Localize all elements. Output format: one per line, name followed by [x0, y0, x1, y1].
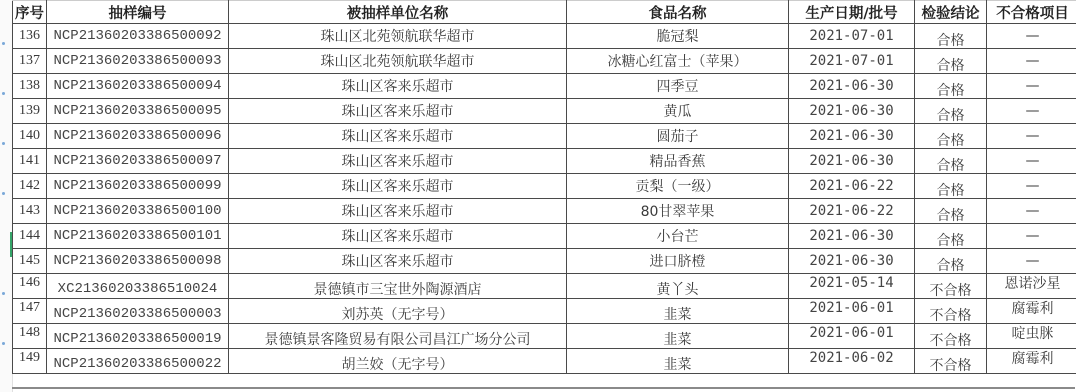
row-seq[interactable]: 136 [13, 24, 47, 49]
row-unit-text: 珠山区客来乐超市 [342, 154, 454, 170]
row-result-text: 合格 [937, 83, 965, 99]
row-code[interactable]: NCP21360203386500099 [47, 174, 229, 199]
row-result[interactable]: 合格 [915, 49, 987, 74]
row-result[interactable]: 合格 [915, 224, 987, 249]
row-result-text: 合格 [937, 108, 965, 124]
row-failed-item-text: 啶虫脒 [1012, 326, 1054, 342]
header-food: 食品名称 [567, 1, 789, 24]
gutter-marker [2, 92, 5, 95]
row-seq[interactable]: 143 [13, 199, 47, 224]
row-unit[interactable]: 珠山区北苑领航联华超市 [229, 24, 567, 49]
row-unit[interactable]: 珠山区客来乐超市 [229, 124, 567, 149]
row-seq[interactable]: 142 [13, 174, 47, 199]
row-seq[interactable]: 146 [13, 274, 47, 299]
row-unit[interactable]: 珠山区客来乐超市 [229, 174, 567, 199]
row-code-text: NCP21360203386500097 [53, 153, 221, 169]
row-food[interactable]: 韭菜 [567, 299, 789, 324]
header-unit: 被抽样单位名称 [229, 1, 567, 24]
row-seq-text: 149 [19, 350, 40, 365]
row-result-text: 合格 [937, 208, 965, 224]
header-row: 序号 抽样编号 被抽样单位名称 食品名称 生产日期/批号 检验结论 不合格项目 [13, 1, 1079, 24]
row-failed-item-text: — [1026, 28, 1040, 44]
row-date-text: 2021-06-01 [809, 325, 893, 341]
row-seq[interactable]: 140 [13, 124, 47, 149]
table-row: 149NCP21360203386500022胡兰姣（无字号）韭菜2021-06… [13, 349, 1079, 374]
row-date[interactable]: 2021-06-01 [789, 324, 915, 349]
row-date[interactable]: 2021-06-01 [789, 299, 915, 324]
row-failed-item-text: — [1026, 128, 1040, 144]
row-result[interactable]: 合格 [915, 24, 987, 49]
row-failed-item[interactable]: — [987, 199, 1079, 224]
row-unit-text: 珠山区客来乐超市 [342, 179, 454, 195]
gutter-marker [2, 342, 5, 345]
row-result[interactable]: 合格 [915, 99, 987, 124]
row-result[interactable]: 合格 [915, 74, 987, 99]
row-seq-text: 136 [19, 28, 40, 43]
right-margin [1076, 0, 1080, 392]
row-date[interactable]: 2021-07-01 [789, 24, 915, 49]
row-date[interactable]: 2021-06-30 [789, 149, 915, 174]
row-result-text: 合格 [937, 158, 965, 174]
row-code-text: NCP21360203386500092 [53, 28, 221, 44]
row-seq[interactable]: 139 [13, 99, 47, 124]
table-row: 139NCP21360203386500095珠山区客来乐超市黄瓜2021-06… [13, 99, 1079, 124]
row-seq-text: 140 [19, 128, 40, 143]
row-seq-text: 146 [19, 275, 40, 290]
table-row: 142NCP21360203386500099珠山区客来乐超市贡梨（一级）202… [13, 174, 1079, 199]
row-failed-item[interactable]: — [987, 224, 1079, 249]
row-code-text: NCP21360203386500093 [53, 53, 221, 69]
row-date-text: 2021-05-14 [809, 275, 893, 291]
row-code[interactable]: NCP21360203386500092 [47, 24, 229, 49]
row-date-text: 2021-06-30 [809, 253, 893, 269]
row-date[interactable]: 2021-06-30 [789, 74, 915, 99]
row-food[interactable]: 四季豆 [567, 74, 789, 99]
row-result[interactable]: 不合格 [915, 324, 987, 349]
row-seq[interactable]: 148 [13, 324, 47, 349]
table-row: 147NCP21360203386500003刘苏英（无字号）韭菜2021-06… [13, 299, 1079, 324]
header-date: 生产日期/批号 [789, 1, 915, 24]
row-food-text: 80甘翠苹果 [641, 204, 715, 220]
row-food-text: 韭菜 [664, 307, 692, 323]
row-food-text: 四季豆 [657, 79, 699, 95]
row-result-text: 不合格 [930, 308, 972, 324]
row-code[interactable]: NCP21360203386500022 [47, 349, 229, 374]
row-unit[interactable]: 珠山区客来乐超市 [229, 199, 567, 224]
row-unit-text: 珠山区客来乐超市 [342, 104, 454, 120]
row-unit-text: 珠山区客来乐超市 [342, 229, 454, 245]
table-row: 146XC21360203386510024景德镇市三宝世外陶源酒店黄丫头202… [13, 274, 1079, 299]
table-row: 143NCP21360203386500100珠山区客来乐超市80甘翠苹果202… [13, 199, 1079, 224]
row-failed-item-text: 腐霉利 [1012, 351, 1054, 367]
row-seq[interactable]: 141 [13, 149, 47, 174]
row-unit[interactable]: 珠山区客来乐超市 [229, 249, 567, 274]
row-unit[interactable]: 刘苏英（无字号） [229, 299, 567, 324]
row-food-text: 黄瓜 [664, 104, 692, 120]
row-food[interactable]: 冰糖心红富士（苹果） [567, 49, 789, 74]
row-seq-text: 137 [19, 53, 40, 68]
row-food[interactable]: 韭菜 [567, 324, 789, 349]
row-failed-item[interactable]: — [987, 24, 1079, 49]
row-unit[interactable]: 胡兰姣（无字号） [229, 349, 567, 374]
row-food[interactable]: 黄瓜 [567, 99, 789, 124]
header-code: 抽样编号 [47, 1, 229, 24]
gutter-marker [2, 142, 5, 145]
row-result-text: 合格 [937, 183, 965, 199]
row-unit-text: 景德镇景客隆贸易有限公司昌江广场分公司 [265, 332, 531, 348]
row-failed-item[interactable]: — [987, 174, 1079, 199]
row-food-text: 冰糖心红富士（苹果） [608, 54, 748, 70]
table-bottom-border [12, 387, 1075, 389]
row-food[interactable]: 小台芒 [567, 224, 789, 249]
row-date-text: 2021-06-30 [809, 78, 893, 94]
row-unit[interactable]: 景德镇景客隆贸易有限公司昌江广场分公司 [229, 324, 567, 349]
row-code[interactable]: NCP21360203386500098 [47, 249, 229, 274]
row-seq-text: 142 [19, 178, 40, 193]
header-failed-item: 不合格项目 [987, 1, 1079, 24]
row-code-text: NCP21360203386500095 [53, 103, 221, 119]
row-code[interactable]: NCP21360203386500095 [47, 99, 229, 124]
row-food[interactable]: 进口脐橙 [567, 249, 789, 274]
header-result: 检验结论 [915, 1, 987, 24]
row-food-text: 小台芒 [657, 229, 699, 245]
row-date[interactable]: 2021-06-02 [789, 349, 915, 374]
row-date[interactable]: 2021-06-30 [789, 99, 915, 124]
row-result-text: 合格 [937, 233, 965, 249]
row-date-text: 2021-06-22 [809, 203, 893, 219]
row-result[interactable]: 合格 [915, 174, 987, 199]
row-food-text: 韭菜 [664, 332, 692, 348]
table-row: 136NCP21360203386500092珠山区北苑领航联华超市脆冠梨202… [13, 24, 1079, 49]
row-food-text: 贡梨（一级） [636, 179, 720, 195]
row-result[interactable]: 不合格 [915, 349, 987, 374]
row-code-text: NCP21360203386500096 [53, 128, 221, 144]
row-date[interactable]: 2021-07-01 [789, 49, 915, 74]
row-result-text: 不合格 [930, 283, 972, 299]
table-row: 137NCP21360203386500093珠山区北苑领航联华超市冰糖心红富士… [13, 49, 1079, 74]
row-result[interactable]: 不合格 [915, 274, 987, 299]
row-result-text: 不合格 [930, 333, 972, 349]
row-date[interactable]: 2021-06-22 [789, 199, 915, 224]
row-result[interactable]: 不合格 [915, 299, 987, 324]
row-failed-item[interactable]: 腐霉利 [987, 299, 1079, 324]
row-date-text: 2021-06-01 [809, 300, 893, 316]
row-date-text: 2021-07-01 [809, 53, 893, 69]
gutter-marker [2, 42, 5, 45]
row-result[interactable]: 合格 [915, 149, 987, 174]
row-food[interactable]: 韭菜 [567, 349, 789, 374]
row-food-text: 精品香蕉 [650, 154, 706, 170]
row-failed-item[interactable]: — [987, 124, 1079, 149]
row-code-text: NCP21360203386500098 [53, 253, 221, 269]
row-unit-text: 珠山区北苑领航联华超市 [321, 54, 475, 70]
row-unit-text: 珠山区客来乐超市 [342, 204, 454, 220]
row-seq[interactable]: 144 [13, 224, 47, 249]
row-unit[interactable]: 珠山区北苑领航联华超市 [229, 49, 567, 74]
row-result-text: 合格 [937, 58, 965, 74]
row-unit-text: 珠山区客来乐超市 [342, 79, 454, 95]
header-seq: 序号 [13, 1, 47, 24]
row-seq[interactable]: 138 [13, 74, 47, 99]
row-food-text: 黄丫头 [657, 282, 699, 298]
row-result-text: 合格 [937, 133, 965, 149]
row-seq[interactable]: 145 [13, 249, 47, 274]
table-row: 138NCP21360203386500094珠山区客来乐超市四季豆2021-0… [13, 74, 1079, 99]
row-failed-item-text: — [1026, 103, 1040, 119]
row-failed-item[interactable]: — [987, 99, 1079, 124]
row-date-text: 2021-06-30 [809, 228, 893, 244]
row-code[interactable]: NCP21360203386500100 [47, 199, 229, 224]
row-failed-item[interactable]: — [987, 149, 1079, 174]
row-failed-item[interactable]: 啶虫脒 [987, 324, 1079, 349]
row-failed-item-text: 腐霉利 [1012, 301, 1054, 317]
row-seq-text: 145 [19, 253, 40, 268]
row-unit[interactable]: 珠山区客来乐超市 [229, 224, 567, 249]
table-row: 145NCP21360203386500098珠山区客来乐超市进口脐橙2021-… [13, 249, 1079, 274]
row-failed-item[interactable]: 恩诺沙星 [987, 274, 1079, 299]
row-code[interactable]: NCP21360203386500093 [47, 49, 229, 74]
row-food[interactable]: 80甘翠苹果 [567, 199, 789, 224]
row-failed-item-text: — [1026, 228, 1040, 244]
row-date-text: 2021-06-30 [809, 103, 893, 119]
row-code-text: NCP21360203386500101 [53, 228, 221, 244]
row-date-text: 2021-06-30 [809, 153, 893, 169]
table-row: 141NCP21360203386500097珠山区客来乐超市精品香蕉2021-… [13, 149, 1079, 174]
inspection-results-table: 序号 抽样编号 被抽样单位名称 食品名称 生产日期/批号 检验结论 不合格项目 … [12, 0, 1079, 374]
row-unit[interactable]: 珠山区客来乐超市 [229, 99, 567, 124]
row-seq-text: 148 [19, 325, 40, 340]
gutter-marker [2, 192, 5, 195]
row-seq-text: 141 [19, 153, 40, 168]
row-date[interactable]: 2021-06-30 [789, 224, 915, 249]
row-code-text: NCP21360203386500022 [53, 356, 221, 372]
row-failed-item[interactable]: 腐霉利 [987, 349, 1079, 374]
row-code[interactable]: NCP21360203386500094 [47, 74, 229, 99]
row-code-text: NCP21360203386500100 [53, 203, 221, 219]
row-code[interactable]: NCP21360203386500097 [47, 149, 229, 174]
table-row: 148NCP21360203386500019景德镇景客隆贸易有限公司昌江广场分… [13, 324, 1079, 349]
row-seq-text: 144 [19, 228, 40, 243]
row-failed-item[interactable]: — [987, 74, 1079, 99]
row-code-text: NCP21360203386500094 [53, 78, 221, 94]
row-seq-text: 139 [19, 103, 40, 118]
gutter-marker [2, 292, 5, 295]
row-seq-text: 138 [19, 78, 40, 93]
row-failed-item-text: 恩诺沙星 [1005, 276, 1061, 292]
row-unit-text: 刘苏英（无字号） [342, 307, 454, 323]
row-date-text: 2021-06-22 [809, 178, 893, 194]
row-food[interactable]: 脆冠梨 [567, 24, 789, 49]
row-result[interactable]: 合格 [915, 124, 987, 149]
row-result-text: 不合格 [930, 358, 972, 374]
row-food-text: 韭菜 [664, 357, 692, 373]
row-code[interactable]: NCP21360203386500096 [47, 124, 229, 149]
row-unit-text: 珠山区客来乐超市 [342, 254, 454, 270]
row-seq-text: 143 [19, 203, 40, 218]
row-code-text: XC21360203386510024 [58, 281, 218, 297]
table-row: 140NCP21360203386500096珠山区客来乐超市圆茄子2021-0… [13, 124, 1079, 149]
row-failed-item[interactable]: — [987, 249, 1079, 274]
row-code[interactable]: NCP21360203386500003 [47, 299, 229, 324]
row-result-text: 合格 [937, 33, 965, 49]
row-code-text: NCP21360203386500003 [53, 306, 221, 322]
row-failed-item-text: — [1026, 53, 1040, 69]
row-failed-item-text: — [1026, 253, 1040, 269]
row-food[interactable]: 贡梨（一级） [567, 174, 789, 199]
row-food-text: 圆茄子 [657, 129, 699, 145]
row-failed-item-text: — [1026, 78, 1040, 94]
row-result[interactable]: 合格 [915, 199, 987, 224]
row-code[interactable]: XC21360203386510024 [47, 274, 229, 299]
row-code-text: NCP21360203386500019 [53, 331, 221, 347]
row-unit[interactable]: 珠山区客来乐超市 [229, 74, 567, 99]
row-date-text: 2021-07-01 [809, 28, 893, 44]
row-unit-text: 珠山区客来乐超市 [342, 129, 454, 145]
row-food[interactable]: 圆茄子 [567, 124, 789, 149]
row-food[interactable]: 精品香蕉 [567, 149, 789, 174]
row-food[interactable]: 黄丫头 [567, 274, 789, 299]
row-unit-text: 胡兰姣（无字号） [342, 357, 454, 373]
row-code[interactable]: NCP21360203386500019 [47, 324, 229, 349]
row-unit-text: 珠山区北苑领航联华超市 [321, 29, 475, 45]
row-unit[interactable]: 珠山区客来乐超市 [229, 149, 567, 174]
row-food-text: 脆冠梨 [657, 29, 699, 45]
row-date-text: 2021-06-02 [809, 350, 893, 366]
row-date[interactable]: 2021-06-30 [789, 249, 915, 274]
row-date[interactable]: 2021-06-30 [789, 124, 915, 149]
row-failed-item-text: — [1026, 178, 1040, 194]
row-seq-text: 147 [19, 300, 40, 315]
row-date-text: 2021-06-30 [809, 128, 893, 144]
row-unit[interactable]: 景德镇市三宝世外陶源酒店 [229, 274, 567, 299]
row-code[interactable]: NCP21360203386500101 [47, 224, 229, 249]
row-food-text: 进口脐橙 [650, 254, 706, 270]
row-failed-item-text: — [1026, 153, 1040, 169]
row-date[interactable]: 2021-05-14 [789, 274, 915, 299]
row-date[interactable]: 2021-06-22 [789, 174, 915, 199]
row-seq[interactable]: 137 [13, 49, 47, 74]
table-row: 144NCP21360203386500101珠山区客来乐超市小台芒2021-0… [13, 224, 1079, 249]
row-unit-text: 景德镇市三宝世外陶源酒店 [314, 282, 482, 298]
row-code-text: NCP21360203386500099 [53, 178, 221, 194]
row-failed-item[interactable]: — [987, 49, 1079, 74]
row-seq[interactable]: 147 [13, 299, 47, 324]
row-seq[interactable]: 149 [13, 349, 47, 374]
row-result[interactable]: 合格 [915, 249, 987, 274]
row-failed-item-text: — [1026, 203, 1040, 219]
row-result-text: 合格 [937, 258, 965, 274]
